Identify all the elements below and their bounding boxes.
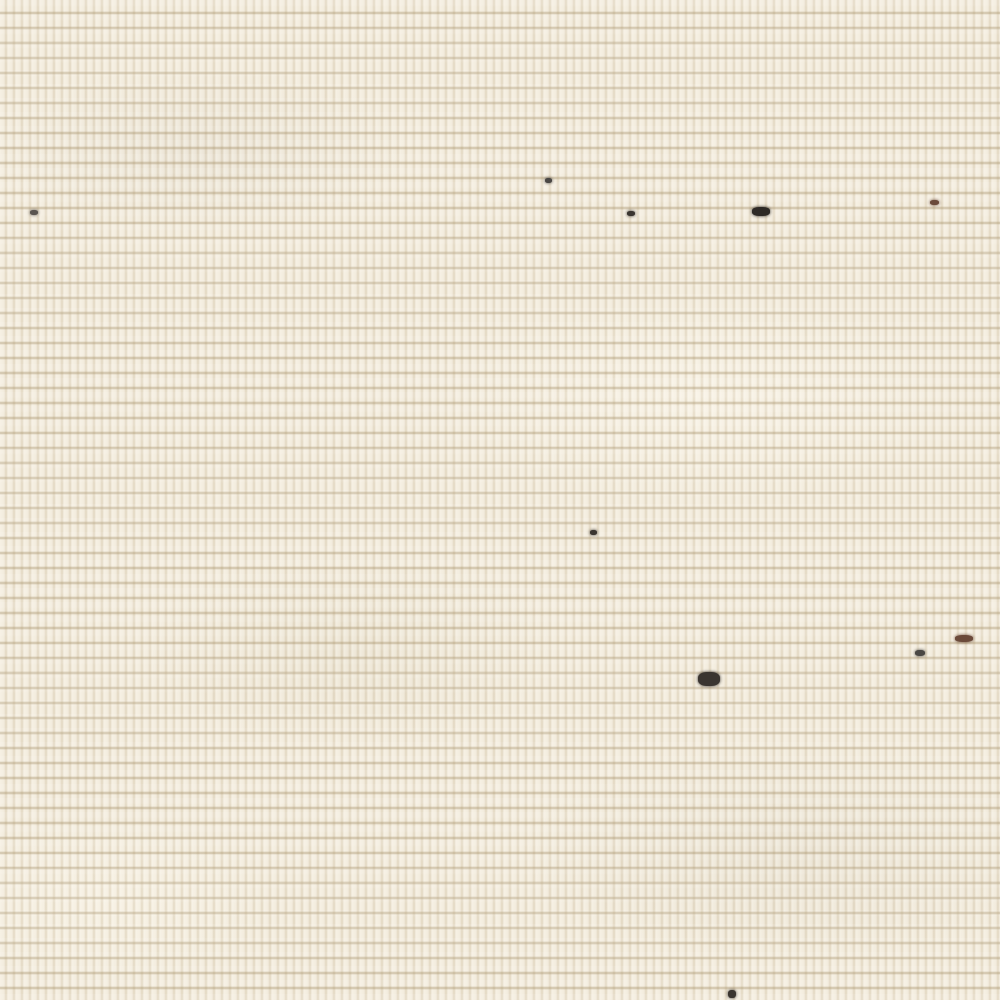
fiber-fleck bbox=[728, 990, 736, 998]
loop-row-shading bbox=[0, 0, 1000, 1000]
fiber-fleck bbox=[590, 530, 597, 535]
fiber-fleck bbox=[955, 635, 973, 642]
fiber-fleck bbox=[698, 672, 720, 686]
fiber-fleck bbox=[627, 211, 635, 216]
fiber-fleck bbox=[930, 200, 939, 205]
fiber-fleck bbox=[752, 207, 770, 216]
fiber-fleck bbox=[30, 210, 38, 215]
fiber-fleck bbox=[545, 178, 552, 183]
fiber-fleck bbox=[915, 650, 925, 656]
